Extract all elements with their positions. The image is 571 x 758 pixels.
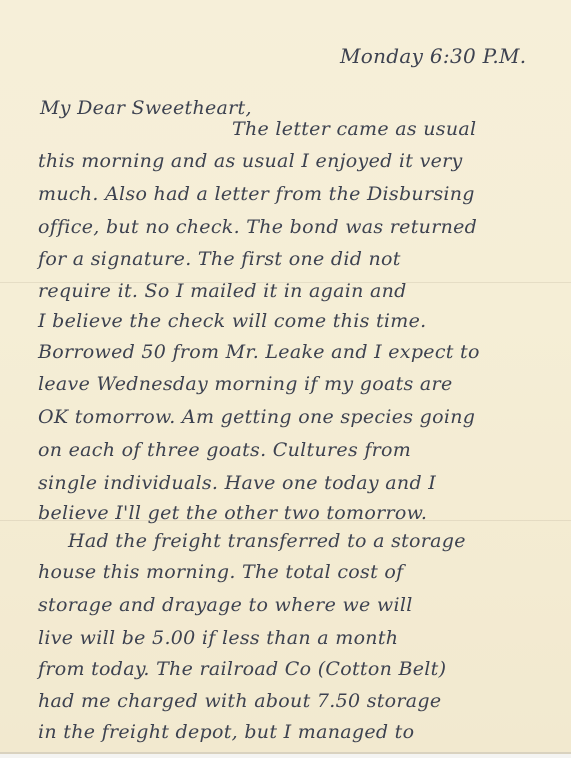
date-line: Monday 6:30 P.M. bbox=[340, 44, 526, 68]
letter-line: for a signature. The first one did not bbox=[38, 248, 401, 270]
letter-line: storage and drayage to where we will bbox=[38, 594, 413, 616]
letter-line: on each of three goats. Cultures from bbox=[38, 439, 411, 461]
letter-line: in the freight depot, but I managed to bbox=[38, 721, 414, 743]
letter-line: live will be 5.00 if less than a month bbox=[38, 627, 398, 649]
letter-line: house this morning. The total cost of bbox=[38, 561, 403, 583]
letter-line: OK tomorrow. Am getting one species goin… bbox=[38, 406, 475, 428]
letter-line: had me charged with about 7.50 storage bbox=[38, 690, 441, 712]
letter-line: require it. So I mailed it in again and bbox=[38, 280, 407, 302]
letter-line: single individuals. Have one today and I bbox=[38, 472, 436, 494]
letter-line: Borrowed 50 from Mr. Leake and I expect … bbox=[38, 341, 480, 363]
letter-line: much. Also had a letter from the Disburs… bbox=[38, 183, 475, 205]
letter-page: Monday 6:30 P.M. My Dear Sweetheart, The… bbox=[0, 0, 571, 754]
letter-line: from today. The railroad Co (Cotton Belt… bbox=[38, 658, 446, 680]
letter-line: leave Wednesday morning if my goats are bbox=[38, 373, 453, 395]
letter-line: this morning and as usual I enjoyed it v… bbox=[38, 150, 463, 172]
letter-line: office, but no check. The bond was retur… bbox=[38, 216, 477, 238]
letter-line: I believe the check will come this time. bbox=[38, 310, 427, 332]
salutation: My Dear Sweetheart, bbox=[40, 97, 252, 119]
letter-line: The letter came as usual bbox=[232, 118, 476, 140]
letter-line: believe I'll get the other two tomorrow. bbox=[38, 502, 427, 524]
letter-line: Had the freight transferred to a storage bbox=[68, 530, 466, 552]
